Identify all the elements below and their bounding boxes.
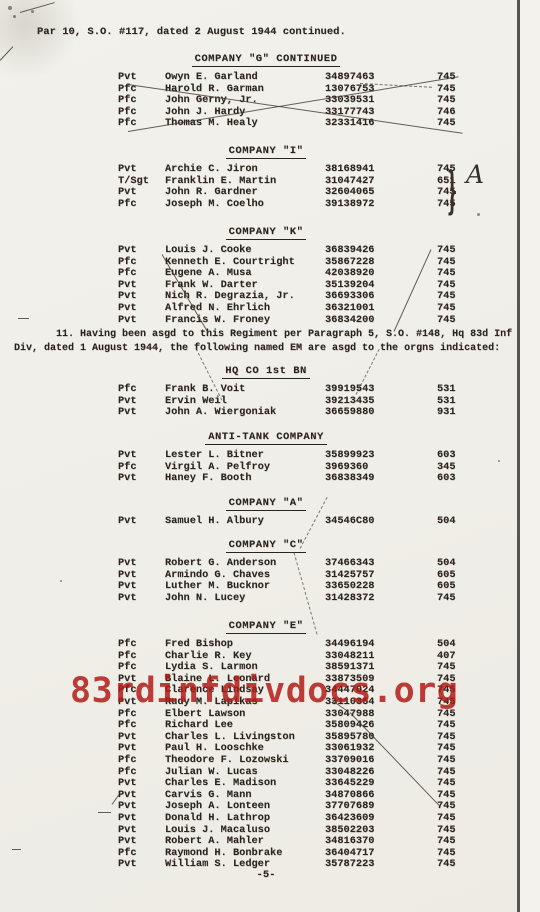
roster-row: PvtOwyn E. Garland34897463745 <box>118 72 463 84</box>
rank-cell: Pfc <box>118 639 165 651</box>
roster-row: PvtHaney F. Booth36838349603 <box>118 473 463 485</box>
rank-cell: Pvt <box>118 516 165 528</box>
pencil-mark <box>18 318 29 319</box>
name-cell: Archie C. Jiron <box>165 164 325 176</box>
document-page: Par 10, S.O. #117, dated 2 August 1944 c… <box>0 0 540 912</box>
name-cell: Robert A. Mahler <box>165 836 325 848</box>
section-heading: COMPANY "G" CONTINUED <box>118 53 414 66</box>
roster-row: PvtCharles E. Madison33645229745 <box>118 778 463 790</box>
roster-row: PvtArchie C. Jiron38168941745 <box>118 164 463 176</box>
section-heading: COMPANY "K" <box>118 226 414 239</box>
serial-cell: 33645229 <box>325 778 437 790</box>
ink-speck <box>60 580 62 582</box>
section-company-a: COMPANY "A" PvtSamuel H. Albury34546C805… <box>118 497 463 528</box>
name-cell: Theodore F. Lozowski <box>165 755 325 767</box>
serial-cell: 34546C80 <box>325 516 437 528</box>
name-cell: Lester L. Bitner <box>165 450 325 462</box>
code-cell: 745 <box>437 303 477 315</box>
rank-cell: Pvt <box>118 303 165 315</box>
roster-row: PvtRobert A. Mahler34816370745 <box>118 836 463 848</box>
roster-row: PvtDonald H. Lathrop36423609745 <box>118 813 463 825</box>
section-heading: COMPANY "C" <box>118 539 414 552</box>
section-company-k: COMPANY "K" PvtLouis J. Cooke36839426745… <box>118 226 463 326</box>
serial-cell: 31428372 <box>325 593 437 605</box>
serial-cell: 39138972 <box>325 199 437 211</box>
roster-table: PvtLouis J. Cooke36839426745PfcKenneth E… <box>118 245 463 326</box>
roster-row: PfcTheodore F. Lozowski33709016745 <box>118 755 463 767</box>
roster-row: PvtSamuel H. Albury34546C80504 <box>118 516 463 528</box>
ink-speck <box>477 213 480 216</box>
code-cell: 745 <box>437 118 477 130</box>
roster-table: PfcFrank B. Voit39919543531PvtErvin Weil… <box>118 384 463 419</box>
section-hq-co-1st-bn: HQ CO 1st BN PfcFrank B. Voit39919543531… <box>118 365 463 419</box>
roster-row: PfcFred Bishop34496194504 <box>118 639 463 651</box>
code-cell: 745 <box>437 245 477 257</box>
code-cell: 603 <box>437 473 477 485</box>
roster-table: PvtLester L. Bitner35899923603PfcVirgil … <box>118 450 463 485</box>
section-heading: COMPANY "A" <box>118 497 414 510</box>
code-cell: 603 <box>437 450 477 462</box>
section-title: COMPANY "I" <box>226 145 307 159</box>
section-title: ANTI-TANK COMPANY <box>205 431 327 445</box>
serial-cell: 35899923 <box>325 450 437 462</box>
name-cell: Frank B. Voit <box>165 384 325 396</box>
section-title: COMPANY "E" <box>226 620 307 634</box>
serial-cell: 38168941 <box>325 164 437 176</box>
roster-row: PvtLouis J. Cooke36839426745 <box>118 245 463 257</box>
roster-table: PvtArchie C. Jiron38168941745T/SgtFrankl… <box>118 164 463 210</box>
pencil-mark <box>12 849 21 850</box>
roster-row: PvtLester L. Bitner35899923603 <box>118 450 463 462</box>
rank-cell: Pfc <box>118 199 165 211</box>
handwritten-brace: } <box>447 161 457 220</box>
serial-cell: 34496194 <box>325 639 437 651</box>
rank-cell: Pvt <box>118 164 165 176</box>
order-paragraph: 11. Having been asgd to this Regiment pe… <box>14 328 524 355</box>
scan-margin <box>520 0 540 912</box>
name-cell: Donald H. Lathrop <box>165 813 325 825</box>
code-cell: 745 <box>437 315 477 327</box>
serial-cell: 39919543 <box>325 384 437 396</box>
scan-edge-line <box>517 0 520 912</box>
ink-speck <box>498 460 500 462</box>
section-title: COMPANY "A" <box>226 497 307 511</box>
code-cell: 745 <box>437 859 477 871</box>
scan-smudge <box>0 0 80 80</box>
page-number: -5- <box>118 869 414 881</box>
section-title: COMPANY "C" <box>226 539 307 553</box>
section-title: HQ CO 1st BN <box>222 365 310 379</box>
roster-row: PfcJoseph M. Coelho39138972745 <box>118 199 463 211</box>
section-heading: COMPANY "E" <box>118 620 414 633</box>
name-cell: Haney F. Booth <box>165 473 325 485</box>
roster-table: PvtRobert G. Anderson37466343504PvtArmin… <box>118 558 463 604</box>
ink-speck <box>13 15 16 18</box>
section-title: COMPANY "K" <box>226 226 307 240</box>
serial-cell: 36423609 <box>325 813 437 825</box>
rank-cell: Pvt <box>118 407 165 419</box>
serial-cell: 36659880 <box>325 407 437 419</box>
rank-cell: Pfc <box>118 755 165 767</box>
ink-speck <box>31 10 34 13</box>
rank-cell: Pvt <box>118 593 165 605</box>
section-title: COMPANY "G" CONTINUED <box>192 53 341 67</box>
serial-cell: 33709016 <box>325 755 437 767</box>
code-cell: 745 <box>437 836 477 848</box>
roster-row: PfcRichard Lee35809426745 <box>118 720 463 732</box>
order-header-line: Par 10, S.O. #117, dated 2 August 1944 c… <box>37 26 346 38</box>
name-cell: Francis W. Froney <box>165 315 325 327</box>
section-heading: COMPANY "I" <box>118 145 414 158</box>
rank-cell: Pvt <box>118 245 165 257</box>
code-cell: 504 <box>437 639 477 651</box>
serial-cell: 34816370 <box>325 836 437 848</box>
name-cell: Alfred N. Ehrlich <box>165 303 325 315</box>
rank-cell: Pvt <box>118 813 165 825</box>
rank-cell: Pfc <box>118 384 165 396</box>
name-cell: Joseph M. Coelho <box>165 199 325 211</box>
name-cell: Samuel H. Albury <box>165 516 325 528</box>
section-company-g: COMPANY "G" CONTINUED PvtOwyn E. Garland… <box>118 53 463 130</box>
section-company-c: COMPANY "C" PvtRobert G. Anderson3746634… <box>118 539 463 604</box>
roster-row: PvtJohn A. Wiergoniak36659880931 <box>118 407 463 419</box>
rank-cell: Pfc <box>118 720 165 732</box>
name-cell: John N. Lucey <box>165 593 325 605</box>
section-heading: ANTI-TANK COMPANY <box>118 431 414 444</box>
section-anti-tank: ANTI-TANK COMPANY PvtLester L. Bitner358… <box>118 431 463 485</box>
roster-row: PvtJohn N. Lucey31428372745 <box>118 593 463 605</box>
rank-cell: Pvt <box>118 473 165 485</box>
code-cell: 745 <box>437 755 477 767</box>
code-cell: 745 <box>437 813 477 825</box>
name-cell: Charles E. Madison <box>165 778 325 790</box>
serial-cell: 35809426 <box>325 720 437 732</box>
name-cell: Owyn E. Garland <box>165 72 325 84</box>
code-cell: 745 <box>437 778 477 790</box>
code-cell: 531 <box>437 384 477 396</box>
name-cell: Louis J. Cooke <box>165 245 325 257</box>
pencil-mark <box>98 812 111 813</box>
rank-cell: Pvt <box>118 315 165 327</box>
watermark-text: 83rdinfdivdocs.org <box>70 671 458 711</box>
roster-row: PfcFrank B. Voit39919543531 <box>118 384 463 396</box>
section-company-e: COMPANY "E" PfcFred Bishop34496194504Pfc… <box>118 620 463 871</box>
serial-cell: 36838349 <box>325 473 437 485</box>
serial-cell: 36321001 <box>325 303 437 315</box>
code-cell: 931 <box>437 407 477 419</box>
code-cell: 504 <box>437 558 477 570</box>
roster-table: PvtOwyn E. Garland34897463745PfcHarold R… <box>118 72 463 130</box>
rank-cell: Pvt <box>118 558 165 570</box>
handwritten-letter-a: A <box>466 160 484 189</box>
rank-cell: Pvt <box>118 836 165 848</box>
serial-cell: 37466343 <box>325 558 437 570</box>
name-cell: Robert G. Anderson <box>165 558 325 570</box>
roster-row: PvtAlfred N. Ehrlich36321001745 <box>118 303 463 315</box>
code-cell: 504 <box>437 516 477 528</box>
code-cell: 745 <box>437 593 477 605</box>
serial-cell: 36839426 <box>325 245 437 257</box>
name-cell: Fred Bishop <box>165 639 325 651</box>
name-cell: John A. Wiergoniak <box>165 407 325 419</box>
roster-row: PvtFrancis W. Froney36834200745 <box>118 315 463 327</box>
rank-cell: Pvt <box>118 778 165 790</box>
roster-row: PvtRobert G. Anderson37466343504 <box>118 558 463 570</box>
rank-cell: Pvt <box>118 72 165 84</box>
section-company-i: COMPANY "I" PvtArchie C. Jiron3816894174… <box>118 145 463 210</box>
code-cell: 745 <box>437 720 477 732</box>
name-cell: Richard Lee <box>165 720 325 732</box>
serial-cell: 36834200 <box>325 315 437 327</box>
rank-cell: Pvt <box>118 450 165 462</box>
ink-speck <box>8 6 12 10</box>
roster-table: PvtSamuel H. Albury34546C80504 <box>118 516 463 528</box>
